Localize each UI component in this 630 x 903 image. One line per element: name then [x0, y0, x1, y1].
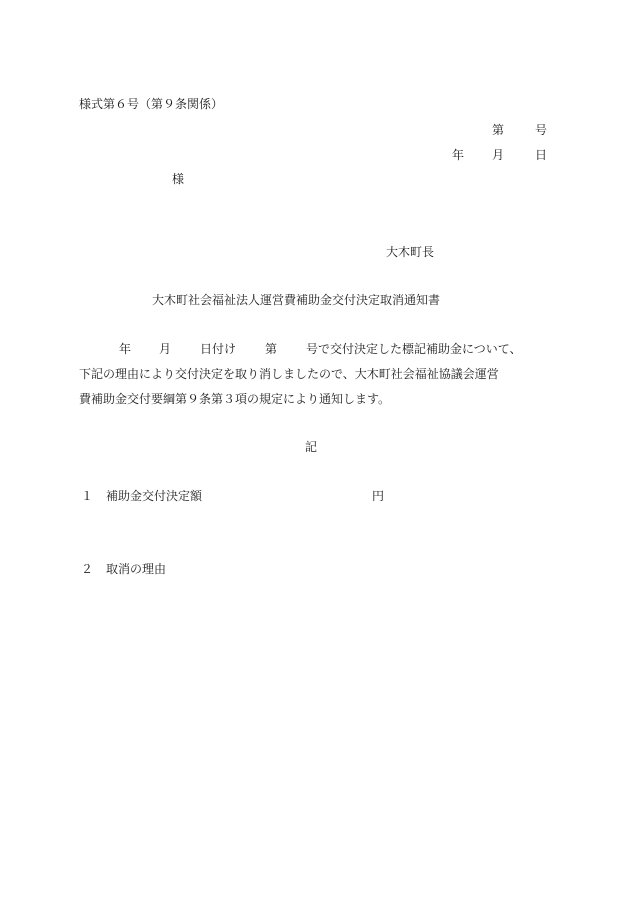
date-month: 月 [492, 149, 504, 161]
body-day: 日付け [200, 343, 236, 355]
body-dai: 第 [265, 343, 277, 355]
item-1-label: 補助金交付決定額 [106, 490, 202, 502]
form-label: 様式第６号（第９条関係） [79, 98, 223, 110]
body-line2: 下記の理由により交付決定を取り消しましたので、大木町社会福祉協議会運営 [79, 368, 499, 380]
body-line3: 費補助金交付要綱第９条第３項の規定により通知します。 [79, 393, 390, 405]
body-line1-rest: 号で交付決定した標記補助金について、 [306, 343, 522, 355]
item-1-number: １ [81, 490, 93, 502]
item-2-label: 取消の理由 [106, 563, 166, 575]
date-day: 日 [535, 149, 547, 161]
addressee-suffix: 様 [172, 173, 184, 185]
number-dai: 第 [492, 124, 504, 136]
item-2-number: ２ [81, 563, 93, 575]
document-title: 大木町社会福祉法人運営費補助金交付決定取消通知書 [152, 294, 440, 306]
ki-heading: 記 [305, 441, 317, 453]
item-1-unit: 円 [372, 490, 384, 502]
date-year: 年 [452, 149, 464, 161]
issuer: 大木町長 [386, 246, 434, 258]
body-year: 年 [119, 343, 131, 355]
body-month: 月 [159, 343, 171, 355]
number-go: 号 [535, 124, 547, 136]
